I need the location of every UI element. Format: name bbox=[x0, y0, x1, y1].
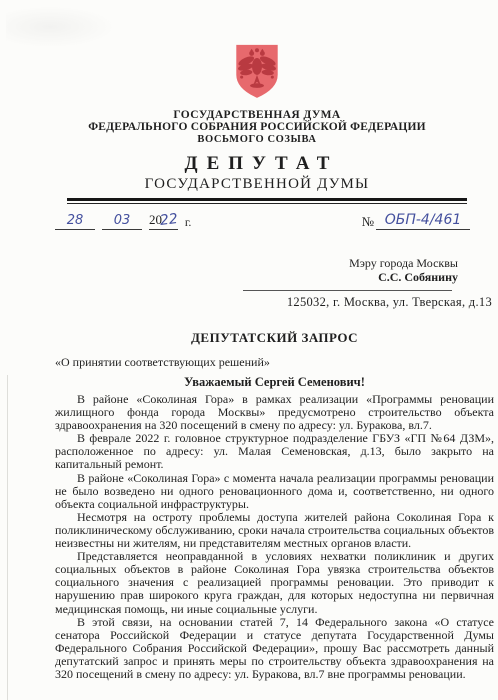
date-year-suffix: г. bbox=[185, 215, 192, 230]
paragraph: В районе «Соколиная Гора» в рамках реали… bbox=[55, 393, 494, 432]
letter-content: ДЕПУТАТСКИЙ ЗАПРОС «О принятии соответст… bbox=[55, 330, 494, 681]
paragraph: Представляется неоправданной в условиях … bbox=[55, 550, 494, 615]
date-field: 28 03 2022 г. bbox=[55, 212, 191, 230]
date-day-handwritten: 28 bbox=[55, 213, 95, 230]
addressee-name: С.С. Собянину bbox=[0, 270, 492, 284]
scan-smudge bbox=[6, 6, 116, 48]
salutation: Уважаемый Сергей Семенович! bbox=[55, 375, 494, 390]
date-year-field: 2022 bbox=[149, 212, 178, 230]
paragraph: В феврале 2022 г. головное структурное п… bbox=[55, 432, 494, 471]
letter-body: В районе «Соколиная Гора» в рамках реали… bbox=[55, 393, 494, 681]
addressee-position: Мэру города Москвы bbox=[0, 256, 492, 270]
addressee-block: Мэру города Москвы С.С. Собянину 125032,… bbox=[0, 256, 492, 309]
paragraph: Несмотря на остроту проблемы доступа жит… bbox=[55, 511, 494, 550]
org-name-line3: ВОСЬМОГО СОЗЫВА bbox=[16, 134, 498, 145]
scanned-letter-page: ГОСУДАРСТВЕННАЯ ДУМА ФЕДЕРАЛЬНОГО СОБРАН… bbox=[0, 0, 498, 700]
outgoing-number-handwritten: ОБП-4/461 bbox=[376, 212, 470, 230]
org-name-line2: ФЕДЕРАЛЬНОГО СОБРАНИЯ РОССИЙСКОЙ ФЕДЕРАЦ… bbox=[16, 121, 498, 133]
paragraph: В районе «Соколиная Гора» с момента нача… bbox=[55, 472, 494, 511]
addressee-separator-line bbox=[243, 290, 452, 291]
document-title: ДЕПУТАТСКИЙ ЗАПРОС bbox=[55, 330, 494, 346]
paragraph: В этой связи, на основании статей 7, 14 … bbox=[55, 616, 494, 681]
sender-title-line1: ДЕПУТАТ bbox=[16, 153, 498, 175]
letterhead-divider bbox=[67, 198, 467, 204]
sender-title-line2: ГОСУДАРСТВЕННОЙ ДУМЫ bbox=[16, 176, 498, 193]
date-year-handwritten: 22 bbox=[159, 211, 179, 229]
reference-row: 28 03 2022 г. № ОБП-4/461 bbox=[55, 212, 470, 230]
number-sign-label: № bbox=[362, 214, 374, 230]
document-subject: «О принятии соответствующих решений» bbox=[55, 355, 494, 370]
scan-edge-artifact bbox=[7, 375, 8, 700]
addressee-address: 125032, г. Москва, ул. Тверская, д.13 bbox=[0, 295, 492, 309]
russia-coat-of-arms-icon bbox=[234, 42, 280, 100]
date-month-handwritten: 03 bbox=[102, 213, 142, 230]
outgoing-number-field: № ОБП-4/461 bbox=[362, 212, 470, 230]
org-name-line1: ГОСУДАРСТВЕННАЯ ДУМА bbox=[16, 109, 498, 121]
